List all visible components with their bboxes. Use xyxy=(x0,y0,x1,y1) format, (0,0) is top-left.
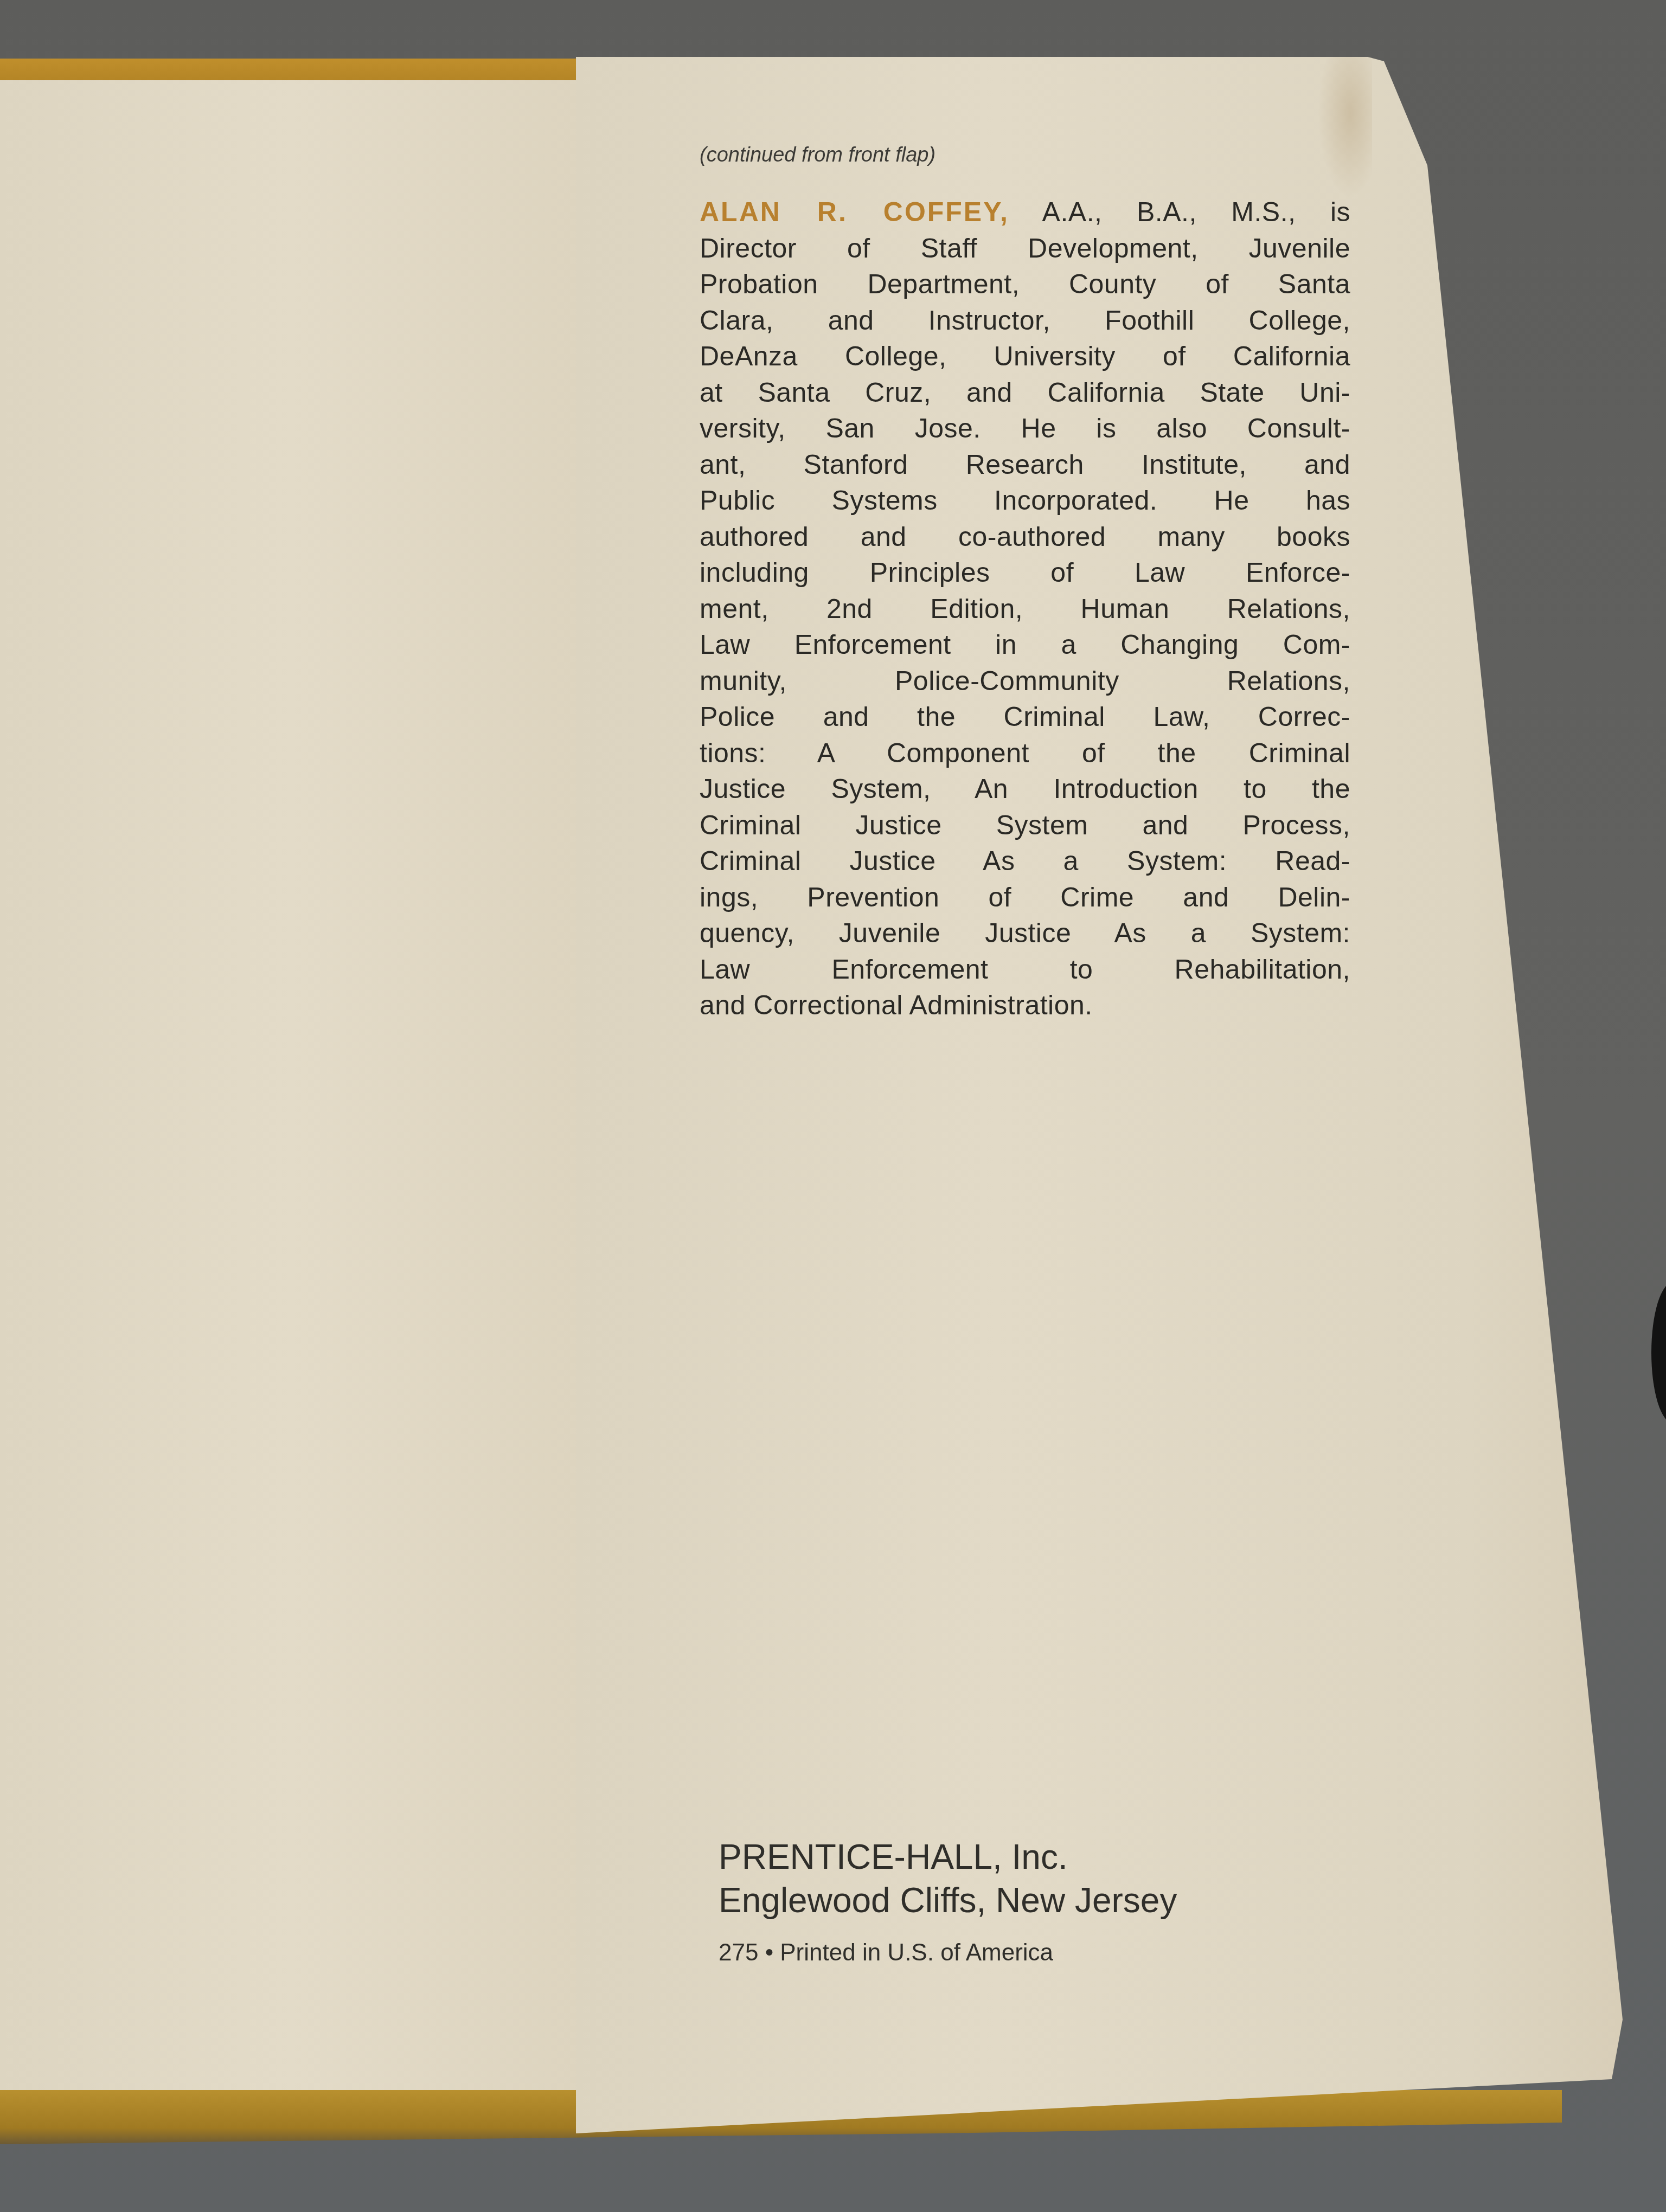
bio-line: munity, Police-Community Relations, xyxy=(700,663,1350,699)
publisher-imprint: PRENTICE-HALL, Inc. Englewood Cliffs, Ne… xyxy=(719,1835,1177,1966)
dark-object-edge xyxy=(1651,1282,1666,1423)
bio-line: DeAnza College, University of California xyxy=(700,338,1350,375)
endpaper-page xyxy=(0,80,583,2097)
bio-line: quency, Juvenile Justice As a System: xyxy=(700,915,1350,951)
bio-line: and Correctional Administration. xyxy=(700,987,1350,1024)
bio-line: ings, Prevention of Crime and Delin- xyxy=(700,879,1350,916)
bio-line: Director of Staff Development, Juvenile xyxy=(700,230,1350,267)
bio-line-text: A.A., B.A., M.S., is xyxy=(1009,197,1350,227)
bio-line: Law Enforcement in a Changing Com- xyxy=(700,627,1350,663)
author-name: ALAN R. COFFEY, xyxy=(700,197,1009,227)
bio-line: Criminal Justice System and Process, xyxy=(700,807,1350,844)
flap-text-block: (continued from front flap) ALAN R. COFF… xyxy=(700,144,1350,1024)
bio-line: ant, Stanford Research Institute, and xyxy=(700,447,1350,483)
bio-line: Police and the Criminal Law, Correc- xyxy=(700,699,1350,735)
author-bio: ALAN R. COFFEY, A.A., B.A., M.S., is Dir… xyxy=(700,194,1350,1024)
bio-line: tions: A Component of the Criminal xyxy=(700,735,1350,771)
continued-note: (continued from front flap) xyxy=(700,144,1350,167)
publisher-location: Englewood Cliffs, New Jersey xyxy=(719,1879,1177,1922)
bio-line: at Santa Cruz, and California State Uni- xyxy=(700,375,1350,411)
bio-line: Criminal Justice As a System: Read- xyxy=(700,843,1350,879)
bio-line: Clara, and Instructor, Foothill College, xyxy=(700,303,1350,339)
bio-line: ALAN R. COFFEY, A.A., B.A., M.S., is xyxy=(700,194,1350,230)
bio-line: Justice System, An Introduction to the xyxy=(700,771,1350,807)
publisher-name: PRENTICE-HALL, Inc. xyxy=(719,1835,1177,1879)
bio-line: Probation Department, County of Santa xyxy=(700,266,1350,303)
cover-board-top-edge xyxy=(0,59,583,80)
bio-line: Law Enforcement to Rehabilitation, xyxy=(700,951,1350,988)
print-line: 275 • Printed in U.S. of America xyxy=(719,1939,1177,1966)
bio-line: Public Systems Incorporated. He has xyxy=(700,483,1350,519)
bio-line: versity, San Jose. He is also Consult- xyxy=(700,410,1350,447)
bio-line: ment, 2nd Edition, Human Relations, xyxy=(700,591,1350,627)
bio-line: including Principles of Law Enforce- xyxy=(700,555,1350,591)
bio-line: authored and co-authored many books xyxy=(700,519,1350,555)
